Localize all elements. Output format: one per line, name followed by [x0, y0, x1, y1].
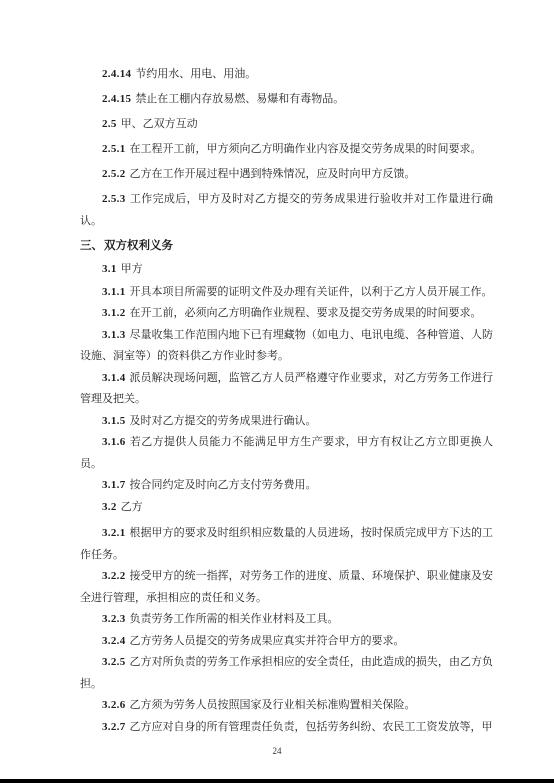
clause-number: 3.2.4 — [102, 635, 126, 647]
clause-paragraph: 3.2.3负责劳务工作所需的相关作业材料及工具。 — [80, 609, 493, 631]
clause-paragraph: 2.4.15禁止在工棚内存放易燃、易爆和有毒物品。 — [80, 89, 493, 111]
clause-paragraph: 2.5.1在工程开工前，甲方须向乙方明确作业内容及提交劳务成果的时间要求。 — [80, 139, 493, 161]
clause-number: 3.2.2 — [102, 570, 126, 582]
clause-paragraph: 2.5甲、乙双方互动 — [80, 114, 493, 136]
clause-number: 2.5 — [102, 118, 117, 130]
clause-text: 在工程开工前，甲方须向乙方明确作业内容及提交劳务成果的时间要求。 — [130, 143, 482, 155]
clause-text: 甲方 — [121, 263, 143, 275]
clause-number: 3.1.4 — [102, 372, 126, 384]
clause-paragraph: 3.2.6乙方须为劳务人员按照国家及行业相关标准购置相关保险。 — [80, 695, 493, 717]
clause-number: 3.2.3 — [102, 613, 126, 625]
clause-text: 乙方在工作开展过程中遇到特殊情况，应及时向甲方反馈。 — [130, 168, 416, 180]
clause-text: 根据甲方的要求及时组织相应数量的人员进场，按时保质完成甲方下达的工作任务。 — [80, 527, 493, 561]
clause-number: 2.5.1 — [102, 143, 126, 155]
clause-paragraph: 3.1.6若乙方提供人员能力不能满足甲方生产要求，甲方有权让乙方立即更换人员。 — [80, 432, 493, 475]
clause-text: 按合同约定及时向乙方支付劳务费用。 — [130, 479, 317, 491]
clause-paragraph: 3.1.1开具本项目所需要的证明文件及办理有关证件，以利于乙方人员开展工作。 — [80, 282, 493, 304]
clause-number: 3.1.2 — [102, 307, 126, 319]
clause-paragraph: 3.1.4派员解决现场问题，监管乙方人员严格遵守作业要求，对乙方劳务工作进行管理… — [80, 368, 493, 411]
clause-text: 乙方应对自身的所有管理责任负责，包括劳务纠纷、农民工工资发放等，甲 — [130, 721, 493, 733]
clause-paragraph: 3.1.2在开工前，必须向乙方明确作业规程、要求及提交劳务成果的时间要求。 — [80, 303, 493, 325]
clause-paragraph: 3.2.4乙方劳务人员提交的劳务成果应真实并符合甲方的要求。 — [80, 631, 493, 653]
clause-paragraph: 2.4.14节约用水、用电、用油。 — [80, 64, 493, 86]
clause-paragraph: 3.1.3尽量收集工作范围内地下已有埋藏物（如电力、电讯电缆、各种管道、人防设施… — [80, 325, 493, 368]
clause-number: 3.2.1 — [102, 527, 126, 539]
clause-text: 乙方须为劳务人员按照国家及行业相关标准购置相关保险。 — [130, 699, 416, 711]
clause-text: 接受甲方的统一指挥，对劳务工作的进度、质量、环境保护、职业健康及安全进行管理，承… — [80, 570, 493, 604]
clause-paragraph: 3.2.5乙方对所负责的劳务工作承担相应的安全责任，由此造成的损失，由乙方负担。 — [80, 652, 493, 695]
paragraph-list: 2.4.14节约用水、用电、用油。 2.4.15禁止在工棚内存放易燃、易爆和有毒… — [80, 64, 493, 738]
clause-text: 禁止在工棚内存放易燃、易爆和有毒物品。 — [135, 93, 344, 105]
clause-paragraph: 3.2.7乙方应对自身的所有管理责任负责，包括劳务纠纷、农民工工资发放等，甲 — [80, 717, 493, 739]
clause-paragraph: 3.1.7按合同约定及时向乙方支付劳务费用。 — [80, 475, 493, 497]
clause-text: 双方权利义务 — [104, 240, 173, 252]
clause-paragraph: 三、双方权利义务 — [80, 236, 493, 258]
clause-text: 甲、乙双方互动 — [121, 118, 198, 130]
clause-text: 在开工前，必须向乙方明确作业规程、要求及提交劳务成果的时间要求。 — [130, 307, 482, 319]
clause-text: 及时对乙方提交的劳务成果进行确认。 — [130, 415, 317, 427]
clause-number: 3.1.6 — [102, 436, 126, 448]
clause-paragraph: 2.5.2乙方在工作开展过程中遇到特殊情况，应及时向甲方反馈。 — [80, 164, 493, 186]
clause-text: 若乙方提供人员能力不能满足甲方生产要求，甲方有权让乙方立即更换人员。 — [80, 436, 493, 470]
clause-paragraph: 3.2乙方 — [80, 497, 493, 519]
clause-number: 2.5.2 — [102, 168, 126, 180]
clause-number: 2.5.3 — [102, 193, 126, 205]
clause-paragraph: 3.1.5及时对乙方提交的劳务成果进行确认。 — [80, 411, 493, 433]
clause-text: 乙方对所负责的劳务工作承担相应的安全责任，由此造成的损失，由乙方负担。 — [80, 656, 493, 690]
bottom-border-bar — [0, 779, 554, 783]
clause-number: 三、 — [80, 240, 103, 252]
clause-number: 3.2.7 — [102, 721, 126, 733]
clause-number: 2.4.14 — [102, 68, 131, 80]
clause-paragraph: 3.2.2接受甲方的统一指挥，对劳务工作的进度、质量、环境保护、职业健康及安全进… — [80, 566, 493, 609]
clause-number: 3.2 — [102, 501, 117, 513]
clause-number: 3.1.5 — [102, 415, 126, 427]
clause-number: 3.2.5 — [102, 656, 126, 668]
page-number: 24 — [0, 746, 554, 756]
clause-text: 乙方 — [121, 501, 143, 513]
clause-number: 3.1.7 — [102, 479, 126, 491]
clause-text: 工作完成后，甲方及时对乙方提交的劳务成果进行验收并对工作量进行确认。 — [80, 193, 493, 227]
clause-text: 派员解决现场问题，监管乙方人员严格遵守作业要求，对乙方劳务工作进行管理及把关。 — [80, 372, 493, 406]
clause-paragraph: 3.1甲方 — [80, 259, 493, 281]
clause-text: 节约用水、用电、用油。 — [135, 68, 256, 80]
clause-text: 乙方劳务人员提交的劳务成果应真实并符合甲方的要求。 — [130, 635, 405, 647]
clause-number: 2.4.15 — [102, 93, 131, 105]
clause-number: 3.1.3 — [102, 329, 126, 341]
clause-number: 3.1.1 — [102, 286, 126, 298]
clause-number: 3.2.6 — [102, 699, 126, 711]
clause-number: 3.1 — [102, 263, 117, 275]
clause-text: 开具本项目所需要的证明文件及办理有关证件，以利于乙方人员开展工作。 — [130, 286, 493, 298]
document-page: 2.4.14节约用水、用电、用油。 2.4.15禁止在工棚内存放易燃、易爆和有毒… — [0, 0, 554, 783]
clause-paragraph: 2.5.3工作完成后，甲方及时对乙方提交的劳务成果进行验收并对工作量进行确认。 — [80, 189, 493, 232]
clause-paragraph: 3.2.1根据甲方的要求及时组织相应数量的人员进场，按时保质完成甲方下达的工作任… — [80, 523, 493, 566]
clause-text: 尽量收集工作范围内地下已有埋藏物（如电力、电讯电缆、各种管道、人防设施、洞室等）… — [80, 329, 493, 363]
clause-text: 负责劳务工作所需的相关作业材料及工具。 — [130, 613, 339, 625]
